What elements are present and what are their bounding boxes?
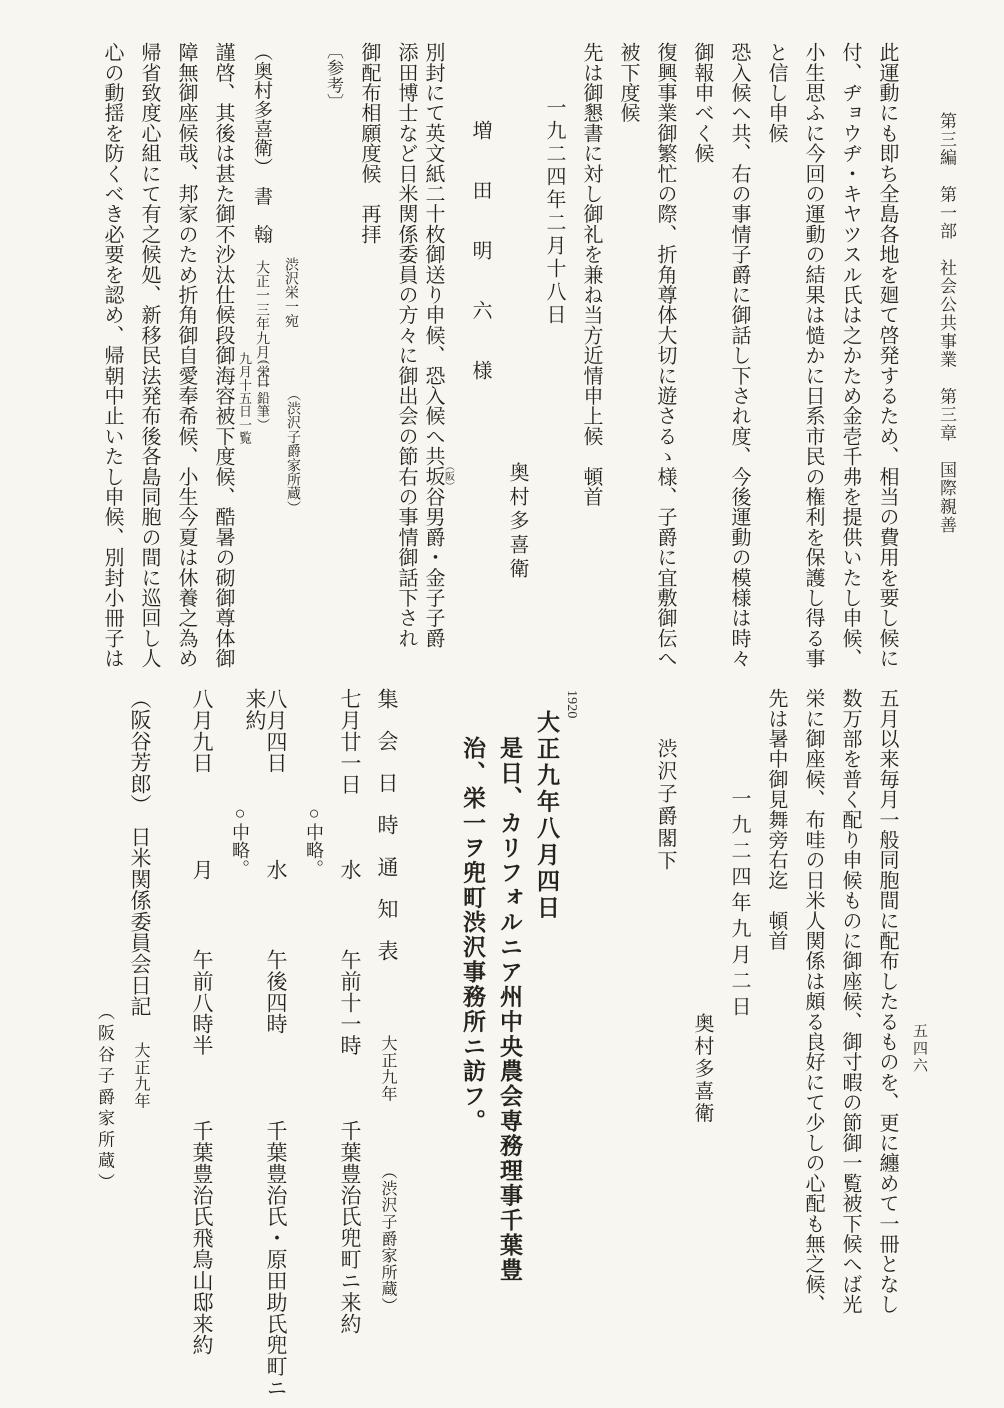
citation-cluster: （奥村多喜衛） 書 翰 渋沢栄一宛 大正一三年九月二日 （渋沢子爵家所蔵） （栄… <box>233 42 305 674</box>
letter2-body-line: 障無御座候哉、邦家のため折角御自愛奉希候、小生今夏は休養之為め <box>159 42 196 674</box>
notice-era: 大正九年 <box>379 1035 395 1102</box>
letter1-postscript-line: 別封にて英文紙二十枚御送り申候、恐入候へ共坂（阪）谷男爵・金子子爵 <box>416 42 453 674</box>
scanned-book-page: 第三編 第一部 社会公共事業 第三章 国際親善 五四六 此運動にも即ち全島各地を… <box>0 0 1004 1408</box>
schedule-day: 水 <box>265 859 286 944</box>
schedule-time: 午前八時半 <box>191 949 212 1114</box>
citation-author-title: （奥村多喜衛） 書 翰 <box>252 42 271 244</box>
citation-pencil-note: 九月十五日一覧 <box>238 352 251 444</box>
postscript-text-pre: 別封にて英文紙二十枚御送り申候、恐入候へ共 <box>422 42 444 466</box>
margin-year-note: 1920 <box>558 688 578 1400</box>
letter1-body-line: 小生思ふに今回の運動の結果は慥かに日系市民の権利を保護し得る事 <box>786 42 823 674</box>
schedule-row: 八月四日 水 午後四時 千葉豊治氏・原田助氏兜町ニ来約 <box>249 688 286 1400</box>
citation-addressee: 渋沢栄一宛 <box>283 257 297 328</box>
schedule-row: 七月廿一日 水 午前十一時 千葉豊治氏兜町ニ来約 <box>323 688 360 1400</box>
letter1-postscript-line: 御配布相願度候 再拝 <box>342 42 379 674</box>
letter2-body-line: 数万部を普く配り申候ものに御座候、御寸暇の節御一覧被下候へば光 <box>823 688 860 1400</box>
letter1-body-line: 此運動にも即ち全島各地を廻て啓発するため、相当の費用を要し候に <box>860 42 897 674</box>
letter1-body-line: 恐入候へ共、右の事情子爵に御話し下され度、今後運動の模様は時々 <box>712 42 749 674</box>
lower-text-block: 五月以来毎月一般同胞間に配布したるものを、更に纏めて一冊となし 数万部を普く配り… <box>76 688 897 1400</box>
letter1-body-line: 付、ヂョウヂ・キヤツスル氏は之かため金壱千弗を提供いたし申候、 <box>823 42 860 674</box>
letter1-postscript-line: 添田博士など日米関係委員の方々に御出会の節右の事情御話下され <box>379 42 416 674</box>
letter2-body-line: 栄に御座候、布哇の日米人関係は頗る良好にて少しの心配も無之候、 <box>786 688 823 1400</box>
reference-label: 〔参考〕 <box>305 42 342 674</box>
letter1-body-line: 復興事業御繁忙の際、折角尊体大切に遊さるゝ様、子爵に宜敷御伝へ <box>638 42 675 674</box>
letter1-signature: 奥村多喜衛 <box>490 42 527 674</box>
sakatani-source: （阪谷子爵家所蔵） <box>76 688 113 1400</box>
letter2-date: 一九二四年九月二日 <box>712 688 749 1400</box>
schedule-time: 午前十一時 <box>339 949 360 1114</box>
schedule-day: 水 <box>339 859 360 944</box>
omission-mark: ○中略。 <box>286 688 323 1400</box>
schedule-note: 千葉豊治氏兜町ニ来約 <box>338 1120 362 1334</box>
entry-headline-line: 治、栄一ヲ兜町渋沢事務所ニ訪フ。 <box>447 688 484 1400</box>
upper-text-block: 此運動にも即ち全島各地を廻て啓発するため、相当の費用を要し候に 付、ヂョウヂ・キ… <box>85 42 897 674</box>
omission-mark: ○中略。 <box>212 688 249 1400</box>
letter1-addressee: 増田明六様 <box>453 42 490 674</box>
letter2-body-line: 心の動揺を防くべき必要を認め、帰朝中止いたし申候、別封小冊子は <box>85 42 122 674</box>
postscript-text-post: 谷男爵・金子子爵 <box>422 486 444 648</box>
schedule-time: 午後四時 <box>265 949 286 1114</box>
letter2-body-line: 先は暑中御見舞旁右迄 頓首 <box>749 688 786 1400</box>
letter1-body-line: 被下度候 <box>601 42 638 674</box>
correction-ruby: 坂（阪） <box>422 466 444 486</box>
letter2-addressee: 渋沢子爵閣下 <box>638 688 675 1400</box>
notice-source: （渋沢子爵家所蔵） <box>379 1163 395 1314</box>
schedule-day: 月 <box>191 859 212 944</box>
letter1-body-line: 先は御懇書に対し御礼を兼ね当方近情申上候 頓首 <box>564 42 601 674</box>
letter1-date: 一九二四年二月十八日 <box>527 42 564 674</box>
page-number: 五四六 <box>910 1023 926 1075</box>
citation-source: （渋沢子爵家所蔵） <box>285 387 299 515</box>
citation-pencil-label: （栄一鉛筆） <box>256 352 269 431</box>
letter2-body-line: 五月以来毎月一般同胞間に配布したるものを、更に纏めて一冊となし <box>860 688 897 1400</box>
schedule-date: 八月九日 <box>191 688 212 853</box>
sakatani-era: 大正九年 <box>132 1042 148 1109</box>
letter1-body-line: 御報申べく候 <box>675 42 712 674</box>
notice-title: 集会日時通知表 <box>375 688 399 982</box>
schedule-row: 八月九日 月 午前八時半 千葉豊治氏飛鳥山邸来約 <box>175 688 212 1400</box>
running-head: 第三編 第一部 社会公共事業 第三章 国際親善 <box>937 112 955 534</box>
schedule-date: 七月廿一日 <box>339 688 360 853</box>
ruby-note: （阪） <box>443 461 454 491</box>
entry-date-heading: 大正九年八月四日 <box>521 688 558 1400</box>
sakatani-citation-column: （阪谷芳郎） 日米関係委員会日記 大正九年 <box>113 688 150 1400</box>
schedule-date: 八月四日 <box>265 688 286 853</box>
letter2-body-line: 謹啓、其後は甚た御不沙汰仕候段御海容被下度候、酷暑の砌御尊体御 <box>196 42 233 674</box>
notice-title-column: 集会日時通知表 大正九年 （渋沢子爵家所蔵） <box>360 688 397 1400</box>
schedule-note: 千葉豊治氏飛鳥山邸来約 <box>190 1120 214 1356</box>
letter2-signature: 奥村多喜衛 <box>675 688 712 1400</box>
letter2-body-line: 帰省致度心組にて有之候処、新移民法発布後各島同胞の間に巡回し人 <box>122 42 159 674</box>
sakatani-citation-title: （阪谷芳郎） 日米関係委員会日記 <box>128 688 152 1017</box>
letter1-body-line: と信し申候 <box>749 42 786 674</box>
entry-headline-line: 是日、カリフォルニア州中央農会専務理事千葉豊 <box>484 688 521 1400</box>
